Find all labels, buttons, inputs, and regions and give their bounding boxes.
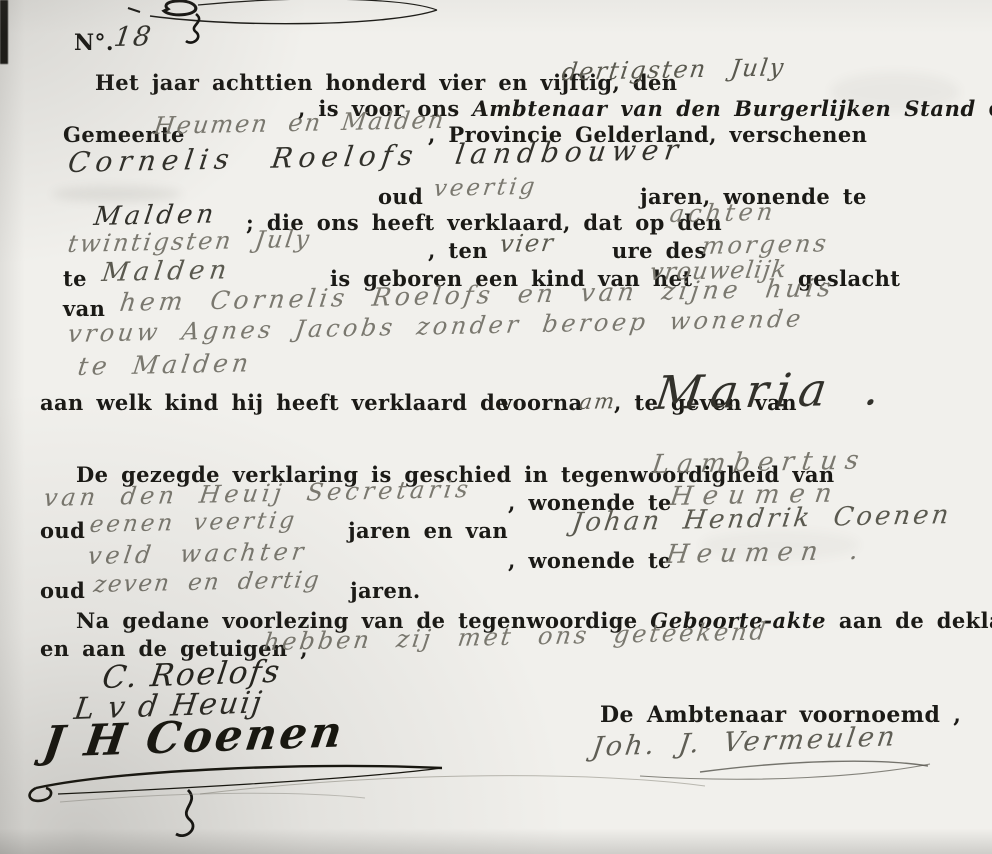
- entry-witness2-residence: Heumen .: [664, 536, 868, 570]
- printed-age-label-2: oud: [40, 518, 85, 543]
- entry-child-name: Maria .: [652, 361, 891, 420]
- entry-declarant-age: veertig: [432, 174, 539, 202]
- printed-van-label: van: [63, 296, 105, 321]
- printed-text: aan de deklarant: [839, 608, 992, 633]
- entry-birth-day-part1: achten: [668, 198, 778, 228]
- printed-name-declaration-line: aan welk kind hij heeft verklaard de: [40, 390, 509, 415]
- entry-witness1-age: eenen veertig: [88, 508, 299, 538]
- entry-birth-place: Malden: [100, 255, 233, 288]
- printed-residence-label-3: , wonende te: [508, 548, 672, 573]
- entry-witness2-occupation: veld wachter: [86, 537, 309, 570]
- entry-municipality: Heumen en Malden: [152, 106, 447, 140]
- printed-hour-label: , ten: [428, 238, 488, 263]
- birth-certificate-page: N°. 18 Het jaar achttien honderd vier en…: [0, 0, 992, 854]
- entry-witness2-age: zeven en dertig: [92, 567, 322, 598]
- previous-record-signature-flourish: [0, 0, 460, 50]
- printed-registrar-title: Ambtenaar van den Burgerlijken Stand: [472, 96, 975, 121]
- printed-jaren-period: jaren.: [350, 578, 421, 603]
- entry-birth-hour: vier: [498, 229, 557, 258]
- printed-voorna-fragment: voorna: [500, 390, 583, 415]
- record-number-value: 18: [112, 21, 155, 53]
- signature-official-flourish: [0, 750, 992, 854]
- entry-registration-day: dertigsten July: [560, 53, 787, 86]
- printed-jaren-en-van: jaren en van: [348, 518, 508, 543]
- entry-birth-day-part2: twintigsten July: [66, 225, 313, 258]
- record-number-label: N°.: [74, 30, 114, 56]
- printed-te-label: te: [63, 266, 87, 291]
- printed-age-label: oud: [378, 184, 423, 209]
- entry-parents-residence: te Malden: [76, 348, 254, 381]
- printed-age-label-3: oud: [40, 578, 85, 603]
- entry-voornaam-suffix: am: [578, 389, 618, 414]
- official-title: De Ambtenaar voornoemd ,: [600, 702, 961, 728]
- printed-declaration-line: ; die ons heeft verklaard, dat op den: [246, 210, 722, 235]
- printed-text: der: [976, 96, 992, 121]
- entry-witness1-firstname: Lambertus: [650, 445, 868, 480]
